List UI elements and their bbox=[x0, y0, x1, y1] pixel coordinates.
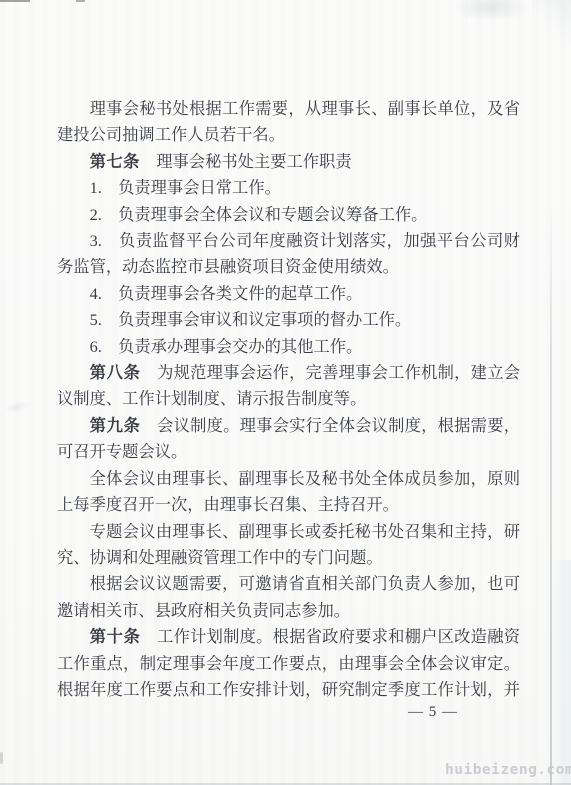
watermark: huibeizeng.com bbox=[445, 762, 571, 778]
text-line: 工作重点，制定理事会年度工作要点，由理事会全体会议审定。 bbox=[57, 651, 520, 677]
scan-artifact-top-left-edge bbox=[0, 0, 30, 2]
text-line: 4. 负责理事会各类文件的起草工作。 bbox=[57, 281, 520, 307]
text-line: 第八条 为规范理事会运作，完善理事会工作机制，建立会 bbox=[57, 360, 520, 386]
scan-artifact-top-dash bbox=[76, 0, 85, 2]
text-line: 第七条 理事会秘书处主要工作职责 bbox=[57, 149, 520, 175]
document-body: 理事会秘书处根据工作需要，从理事长、副事长单位，及省建投公司抽调工作人员若干名。… bbox=[57, 96, 520, 703]
text-line: 全体会议由理事长、副理事长及秘书处全体成员参加，原则 bbox=[57, 466, 520, 492]
text-line: 根据年度工作要点和工作安排计划，研究制定季度工作计划，并 bbox=[57, 677, 520, 703]
page-number: — 5 — bbox=[408, 703, 478, 721]
text-line: 3. 负责监督平台公司年度融资计划落实，加强平台公司财 bbox=[57, 228, 520, 254]
text-line: 第九条 会议制度。理事会实行全体会议制度，根据需要， bbox=[57, 413, 520, 439]
text-line: 建投公司抽调工作人员若干名。 bbox=[57, 122, 520, 148]
document-page: 理事会秘书处根据工作需要，从理事长、副事长单位，及省建投公司抽调工作人员若干名。… bbox=[0, 0, 571, 785]
text-line: 务监管，动态监控市县融资项目资金使用绩效。 bbox=[57, 254, 520, 280]
article-number: 第九条 bbox=[90, 416, 141, 435]
text-line: 根据会议议题需要，可邀请省直相关部门负责人参加，也可 bbox=[57, 571, 520, 597]
scan-artifact-bottom-left-mark bbox=[0, 752, 3, 764]
text-line: 1. 负责理事会日常工作。 bbox=[57, 175, 520, 201]
text-line: 专题会议由理事长、副理事长或委托秘书处召集和主持，研 bbox=[57, 519, 520, 545]
article-number: 第十条 bbox=[90, 627, 141, 646]
text-line: 议制度、工作计划制度、请示报告制度等。 bbox=[57, 386, 520, 412]
scan-artifact-right-band bbox=[551, 560, 571, 785]
text-line: 2. 负责理事会全体会议和专题会议筹备工作。 bbox=[57, 202, 520, 228]
scan-artifact-right-line bbox=[550, 205, 552, 785]
article-number: 第七条 bbox=[90, 152, 140, 171]
scan-artifact-left-smudge bbox=[3, 399, 31, 414]
article-number: 第八条 bbox=[90, 363, 141, 382]
text-line: 5. 负责理事会审议和议定事项的督办工作。 bbox=[57, 307, 520, 333]
text-line: 理事会秘书处根据工作需要，从理事长、副事长单位，及省 bbox=[57, 96, 520, 122]
text-line: 上每季度召开一次，由理事长召集、主持召开。 bbox=[57, 492, 520, 518]
text-line: 可召开专题会议。 bbox=[57, 439, 520, 465]
scan-artifact-top-right-corner bbox=[531, 0, 571, 50]
text-line: 邀请相关市、县政府相关负责同志参加。 bbox=[57, 598, 520, 624]
scan-artifact-top-right-blot bbox=[452, 0, 530, 22]
text-line: 究、协调和处理融资管理工作中的专门问题。 bbox=[57, 545, 520, 571]
text-line: 6. 负责承办理事会交办的其他工作。 bbox=[57, 334, 520, 360]
text-line: 第十条 工作计划制度。根据省政府要求和棚户区改造融资 bbox=[57, 624, 520, 650]
